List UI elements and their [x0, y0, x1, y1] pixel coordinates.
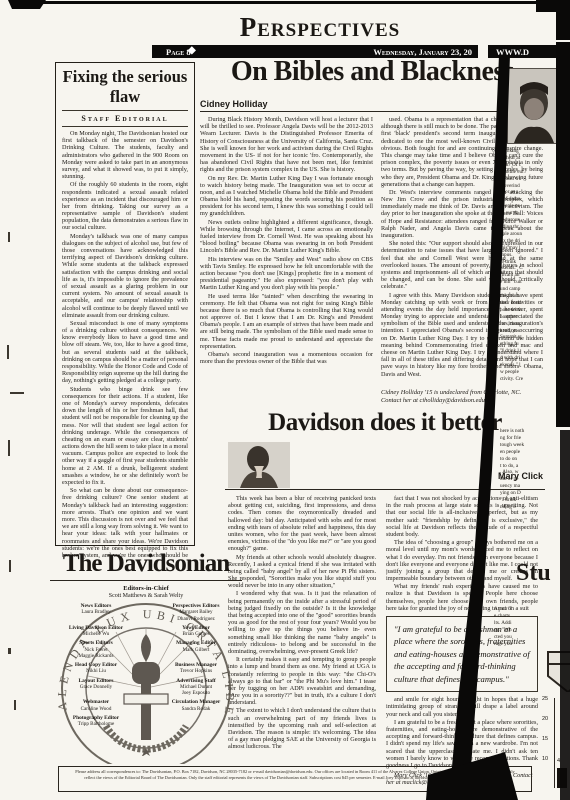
clipped-column-text: At our T e charts lts. Addi ng: "Wh cted… [494, 606, 564, 647]
axis-tick: 10 [542, 756, 548, 762]
clipped-column-text: here is noth ng for frie tough week en p… [500, 428, 566, 511]
paragraph: He used terms like "tainted" when descri… [200, 293, 373, 351]
staff-entry: Business ManagerTrevor Hopkins [150, 662, 242, 675]
eic-label: Editors-in-Chief [50, 585, 242, 592]
author-headshot-photo [228, 442, 290, 488]
face-silhouette-icon [508, 69, 557, 143]
paragraph: During Black History Month, Davidson wil… [200, 116, 373, 174]
staff-entry: Yowl EditorBrian Gomes [150, 625, 242, 638]
article-davidson-col1: This week has been a blur of receiving p… [228, 495, 376, 763]
staff-entry: Circulation ManagerSandra Rodak [150, 699, 242, 712]
clipped-bar-chart: 25 20 15 10 4 [542, 696, 570, 792]
staff-entry: Managing EditorMark Gilbert [150, 640, 242, 659]
paragraph: I am grateful to be a freshman at a plac… [386, 719, 538, 769]
staff-editorial-title: Fixing the serious flaw [62, 67, 188, 111]
footer-fine-print: Please address all correspondences to: T… [58, 766, 532, 792]
page-date: Wednesday, January 23, 20 [373, 47, 478, 57]
paragraph: and smile for eight hours straight in ho… [386, 696, 538, 718]
scan-artifact [8, 440, 10, 456]
staff-entry: Layout EditorsGrace Donnelly [50, 678, 142, 697]
staff-entry: WebmasterCaroline Wood [50, 699, 142, 712]
newspaper-page: Perspectives Page 8 ◆ Wednesday, January… [0, 0, 570, 800]
paragraph: The extent to which I don't understand t… [228, 707, 376, 750]
axis-line [554, 698, 555, 788]
section-title: Perspectives [160, 12, 480, 43]
staff-editorial-body: On Monday night, The Davidsonian hosted … [62, 130, 188, 560]
chart-bar [557, 768, 567, 788]
headshot-silhouette-icon [228, 442, 290, 488]
masthead: ALENDA LUX UBI ORTA LIBERTAS The Davidso… [50, 550, 242, 764]
paragraph: My friends at other schools would absolu… [228, 554, 376, 590]
paragraph: Obama's second inauguration was a moment… [200, 351, 373, 365]
scan-top-edge [30, 1, 540, 4]
staff-entry: Sports EditorsNick Freret Maggie Rickard… [50, 640, 142, 659]
article-davidson-headline: Davidson does it better [225, 410, 545, 435]
paragraph: It certainly makes it easy and tempting … [228, 656, 376, 706]
paragraph: On my Rev. Dr. Martin Luther King Day I … [200, 175, 373, 218]
scan-artifact [9, 560, 11, 572]
bar-value-label: 4 [557, 758, 560, 764]
diamond-icon: ◆ [188, 46, 196, 56]
axis-tick: 15 [542, 736, 548, 742]
byline-rule [225, 489, 545, 490]
paragraph: This week has been a blur of receiving p… [228, 495, 376, 553]
article-bibles-byline: Cidney Holliday [200, 99, 545, 112]
article-bibles-col1: During Black History Month, Davidson wil… [200, 116, 373, 408]
clipped-photo [507, 68, 558, 144]
scan-artifact [8, 232, 10, 242]
staff-list: News EditorsLaura Bradley Perspectives E… [50, 603, 242, 727]
paragraph: News outlets online highlighted a differ… [200, 219, 373, 255]
staff-editorial-box: Fixing the serious flaw Staff Editorial … [55, 62, 195, 546]
facing-page-url: www.d [488, 47, 529, 57]
shield-fragment-icon [546, 650, 570, 692]
paragraph: Sexual misconduct is one of many symptom… [62, 320, 188, 385]
footer-line-2: reflect the views of the Editorial Board… [63, 775, 527, 781]
staff-entry: Head Copy EditorNikhi Liu [50, 662, 142, 675]
clipped-headline: Stu [516, 560, 551, 587]
masthead-title: The Davidsonian [50, 550, 242, 581]
clipped-column-text: Drinking en hear at ears? Of c 's in the… [500, 148, 558, 383]
paragraph: Students who binge drink see few consequ… [62, 386, 188, 487]
page-number: Page 8 [152, 47, 191, 57]
scan-artifact [7, 345, 9, 359]
article-bibles-headline: On Bibles and Blackness [200, 58, 545, 86]
staff-entry: Perspectives EditorsMargaret Bailey Dhan… [150, 603, 242, 622]
staff-entry: Living Davidson EditorMichelle Wu [50, 625, 142, 638]
scan-artifact [14, 700, 16, 710]
article-bibles-contact: Cidney Holliday '15 is undeclared from C… [381, 389, 543, 405]
staff-entry: News EditorsLaura Bradley [50, 603, 142, 622]
staff-entry: Photography EditorTripp Bartholome [50, 715, 142, 728]
axis-tick: 20 [542, 716, 548, 722]
staff-entry: Advertising StaffMichael Durant Joey Esp… [150, 678, 242, 697]
staff-editorial-kicker: Staff Editorial [62, 114, 188, 127]
scan-artifact [10, 392, 24, 394]
paragraph: Of the roughly 60 students in the room, … [62, 181, 188, 231]
scan-artifact [8, 648, 11, 654]
paragraph: On Monday night, The Davidsonian hosted … [62, 130, 188, 180]
paragraph: Monday's talkback was one of many campus… [62, 233, 188, 319]
paragraph: I wondered why that was. Is it just the … [228, 590, 376, 655]
paragraph: His interview was on the "Smiley and Wes… [200, 256, 373, 292]
axis-tick: 25 [542, 696, 548, 702]
